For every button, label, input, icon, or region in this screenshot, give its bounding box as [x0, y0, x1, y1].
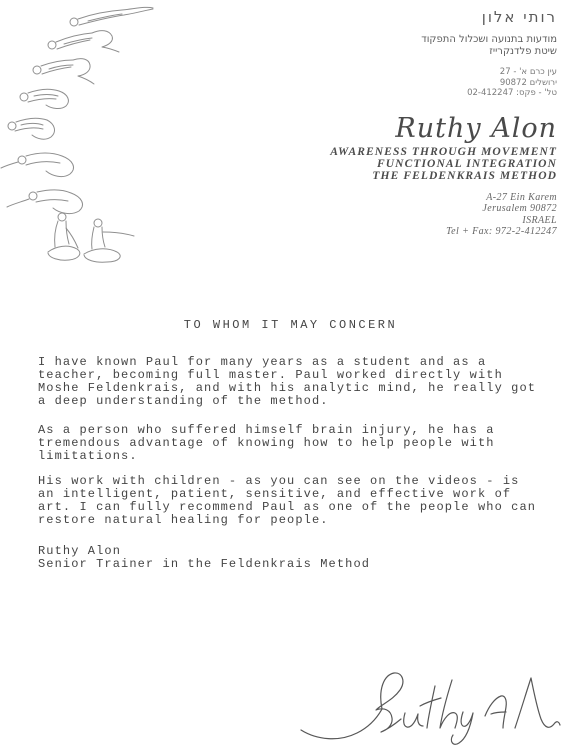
handwritten-signature — [295, 650, 561, 748]
scanned-letter-page: רותי אלון מודעות בתנועה ושכלול התפקוד שי… — [0, 0, 569, 752]
movement-sequence-illustration — [0, 2, 170, 272]
hebrew-subtitle-1: מודעות בתנועה ושכלול התפקוד — [330, 34, 557, 46]
hebrew-address-line-2: ירושלים 90872 — [330, 78, 557, 89]
paragraph-1: I have known Paul for many years as a st… — [38, 356, 558, 408]
figure-rolling — [20, 89, 68, 108]
text-line: restore natural healing for people. — [38, 514, 558, 527]
english-address-line-4: Tel + Fax: 972-2-412247 — [330, 226, 557, 238]
letterhead: רותי אלון מודעות בתנועה ושכלול התפקוד שי… — [330, 8, 557, 238]
text-line: limitations. — [38, 450, 558, 463]
signoff-title: Senior Trainer in the Feldenkrais Method — [38, 558, 370, 571]
salutation: TO WHOM IT MAY CONCERN — [6, 318, 569, 332]
signoff-block: Ruthy Alon Senior Trainer in the Feldenk… — [38, 545, 370, 571]
hebrew-address: עין כרם א' - 27 ירושלים 90872 טל' - פקס:… — [330, 67, 557, 99]
figure-seated-right — [84, 219, 134, 262]
tagline-method: THE FELDENKRAIS METHOD — [330, 170, 557, 182]
figure-lying-flat — [70, 7, 153, 26]
hebrew-subtitle-2: שיטת פלדנקרייז — [330, 46, 557, 58]
figure-knee-raised — [48, 31, 119, 52]
figure-curled-side — [8, 118, 54, 139]
hebrew-name: רותי אלון — [330, 8, 557, 26]
paragraph-3: His work with children - as you can see … — [38, 475, 558, 527]
paragraph-2: As a person who suffered himself brain i… — [38, 424, 558, 463]
english-address: A-27 Ein Karem Jerusalem 90872 ISRAEL Te… — [330, 192, 557, 238]
hebrew-address-line-1: עין כרם א' - 27 — [330, 67, 557, 78]
english-address-line-2: Jerusalem 90872 — [330, 203, 557, 215]
english-address-line-1: A-27 Ein Karem — [330, 192, 557, 204]
text-line: a deep understanding of the method. — [38, 395, 558, 408]
english-address-line-3: ISRAEL — [330, 215, 557, 227]
figure-seated-left — [48, 213, 80, 260]
figure-transition-to-sit — [7, 190, 82, 214]
script-logo-name: Ruthy Alon — [330, 113, 557, 144]
tagline-awareness: AWARENESS THROUGH MOVEMENT — [330, 146, 557, 158]
hebrew-address-line-3: טל' - פקס: 02-412247 — [330, 88, 557, 99]
figure-arm-extended — [1, 153, 73, 177]
tagline-functional: FUNCTIONAL INTEGRATION — [330, 158, 557, 170]
figure-knees-bent — [33, 59, 94, 84]
